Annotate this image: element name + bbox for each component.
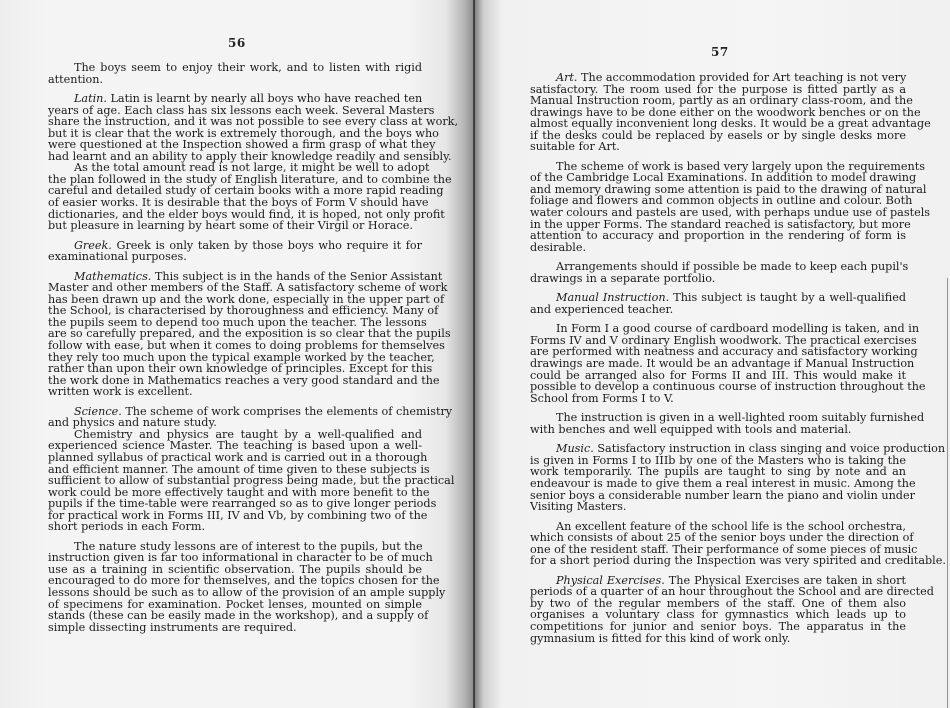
text-line: Art. The accommodation provided for Art …: [530, 72, 906, 84]
section-greek: Greek. Greek is only taken by those boys…: [48, 240, 422, 263]
text-line: Manual Instruction room, partly as an or…: [530, 95, 906, 107]
section-mathematics: Mathematics. This subject is in the hand…: [48, 271, 422, 398]
paragraph: An excellent feature of the school life …: [530, 521, 906, 567]
text-line: gymnasium is fitted for this kind of wor…: [530, 633, 906, 645]
paragraph: In Form I a good course of cardboard mod…: [530, 323, 906, 404]
paragraph: The scheme of work is based very largely…: [530, 161, 906, 253]
text-line: rather than upon their own knowledge of …: [48, 363, 422, 375]
section-science: Science. The scheme of work comprises th…: [48, 406, 422, 429]
text-line: stands (these can be easily made in the …: [48, 610, 422, 622]
page-number-right: 57: [711, 45, 729, 59]
text-line: and experienced teacher.: [530, 304, 906, 316]
section-art: Art. The accommodation provided for Art …: [530, 72, 906, 153]
text-line: endeavour is made to give them a real in…: [530, 478, 906, 490]
paragraph: The instruction is given in a well-light…: [530, 412, 906, 435]
text-line: The boys seem to enjoy their work, and t…: [48, 62, 422, 74]
text-line: Latin. Latin is learnt by nearly all boy…: [48, 93, 422, 105]
text-line: possible to develop a continuous course …: [530, 381, 906, 393]
paragraph: The boys seem to enjoy their work, and t…: [48, 62, 422, 85]
text-line: attention.: [48, 74, 422, 86]
text-line: attention to accuracy and proportion in …: [530, 230, 906, 242]
text-line: competitions for junior and senior boys.…: [530, 621, 906, 633]
text-line: sufficient to allow of substantial progr…: [48, 475, 422, 487]
section-latin: Latin. Latin is learnt by nearly all boy…: [48, 93, 422, 162]
left-page-text-column: The boys seem to enjoy their work, and t…: [48, 62, 422, 633]
page-edge: [947, 278, 948, 708]
section-music: Music. Satisfactory instruction in class…: [530, 443, 906, 512]
text-line: School from Forms I to V.: [530, 393, 906, 405]
text-line: share the instruction, and it was not po…: [48, 116, 422, 128]
text-line: for a short period during the Inspection…: [530, 555, 906, 567]
text-line: written work is excellent.: [48, 386, 422, 398]
paragraph: The nature study lessons are of interest…: [48, 541, 422, 633]
page-number-left: 56: [228, 36, 246, 50]
text-line: suitable for Art.: [530, 141, 906, 153]
text-line: of easier works. It is desirable that th…: [48, 197, 422, 209]
text-line: but pleasure in learning by heart some o…: [48, 220, 422, 232]
text-line: drawings in a separate portfolio.: [530, 273, 906, 285]
text-line: follow with ease, but when it comes to d…: [48, 340, 422, 352]
text-line: with benches and well equipped with tool…: [530, 424, 906, 436]
book-gutter: [473, 0, 475, 708]
text-line: pupils if the time-table were rearranged…: [48, 498, 422, 510]
paragraph: As the total amount read is not large, i…: [48, 162, 422, 231]
text-line: drawings are made. It would be an advant…: [530, 358, 906, 370]
text-line: almost equally inconvenient long desks. …: [530, 118, 906, 130]
paragraph: Arrangements should if possible be made …: [530, 261, 906, 284]
text-line: desirable.: [530, 242, 906, 254]
text-line: water colours and pastels are used, with…: [530, 207, 906, 219]
right-page-text-column: Art. The accommodation provided for Art …: [530, 72, 906, 644]
text-line: Visiting Masters.: [530, 501, 906, 513]
text-line: lessons should be such as to allow of th…: [48, 587, 422, 599]
section-physical-exercises: Physical Exercises. The Physical Exercis…: [530, 575, 906, 644]
text-line: which consists of about 25 of the senior…: [530, 532, 906, 544]
paragraph: Chemistry and physics are taught by a we…: [48, 429, 422, 533]
book-spread: 56 57 The boys seem to enjoy their work,…: [0, 0, 950, 708]
text-line: examinational purposes.: [48, 251, 422, 263]
section-manual-instruction: Manual Instruction. This subject is taug…: [530, 292, 906, 315]
text-line: simple dissecting instruments are requir…: [48, 622, 422, 634]
text-line: short periods in each Form.: [48, 521, 422, 533]
text-line: planned syllabus of practical work and i…: [48, 452, 422, 464]
